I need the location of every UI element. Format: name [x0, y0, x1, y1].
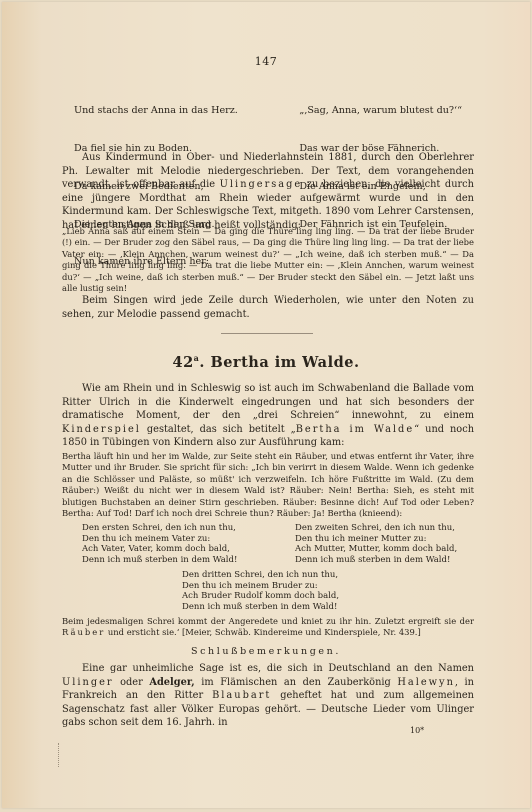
verse-second-cry: Den zweiten Schrei, den ich nun thu, Den…	[295, 523, 457, 565]
emphasis-blaubart: Blaubart	[212, 690, 271, 701]
paragraph-intro: Wie am Rhein und in Schleswig so ist auc…	[62, 382, 474, 450]
paragraph-singing: Beim Singen wird jede Zeile durch Wieder…	[62, 294, 474, 321]
text-run: gestaltet, das sich betitelt „	[141, 424, 296, 435]
verse-first-cry: Den ersten Schrei, den ich nun thu, Den …	[82, 523, 237, 565]
quote-play: Bertha läuft hin und her im Walde, zur S…	[62, 451, 474, 519]
text-run: „Lieb Anna saß auf einem Stein — Da ging…	[62, 226, 474, 293]
verse-line: „‚Sag, Anna, warum blutest du?‘“	[299, 105, 462, 118]
quote-end: Beim jedesmaligen Schrei kommt der Anger…	[62, 616, 474, 639]
book-page: 147 Und stachs der Anna in das Herz. Da …	[2, 2, 530, 808]
text-run: Wie am Rhein und in Schleswig so ist auc…	[62, 383, 474, 421]
quote-schleswig: „Lieb Anna saß auf einem Stein — Da ging…	[62, 226, 474, 294]
emphasis-raeuber: Räuber	[62, 627, 105, 637]
text-run: Bertha läuft hin und her im Walde, zur S…	[62, 451, 474, 518]
text-run: oder	[114, 677, 150, 688]
binding-edge-marks	[58, 743, 62, 767]
subheading-schlussbemerkungen: Schlußbemerkungen.	[2, 646, 530, 657]
section-heading: 42a. Bertha im Walde.	[2, 353, 530, 371]
text-run: und ersticht sie.‘ [Meier, Schwäb. Kinde…	[105, 627, 421, 637]
emphasis-adelger: Adelger,	[149, 677, 194, 688]
text-run: Eine gar unheimliche Sage ist es, die si…	[82, 663, 474, 674]
verse-line: Und stachs der Anna in das Herz.	[74, 105, 238, 118]
text-run: im Flämischen an den Zauberkönig	[195, 677, 398, 688]
page-number: 147	[2, 55, 530, 68]
section-divider	[221, 333, 313, 334]
section-number: 42	[172, 354, 193, 371]
paragraph-source: Aus Kindermund in Ober- und Niederlahnst…	[62, 151, 474, 233]
paragraph-closing: Eine gar unheimliche Sage ist es, die si…	[62, 662, 474, 730]
text-run: Beim jedesmaligen Schrei kommt der Anger…	[62, 616, 474, 626]
emphasis-kinderspiel: Kinderspiel	[62, 424, 141, 435]
section-title: . Bertha im Walde.	[199, 354, 359, 371]
text-run: Beim Singen wird jede Zeile durch Wieder…	[62, 295, 474, 320]
emphasis-ulinger: Ulinger	[62, 677, 114, 688]
verse-third-cry: Den dritten Schrei, den ich nun thu, Den…	[182, 570, 339, 612]
emphasis-ulingersage: Ulingersage	[220, 179, 303, 190]
emphasis-bertha-title: Bertha im Walde	[296, 424, 414, 435]
emphasis-halewyn: Halewyn	[397, 677, 455, 688]
signature-mark: 10*	[410, 726, 424, 735]
